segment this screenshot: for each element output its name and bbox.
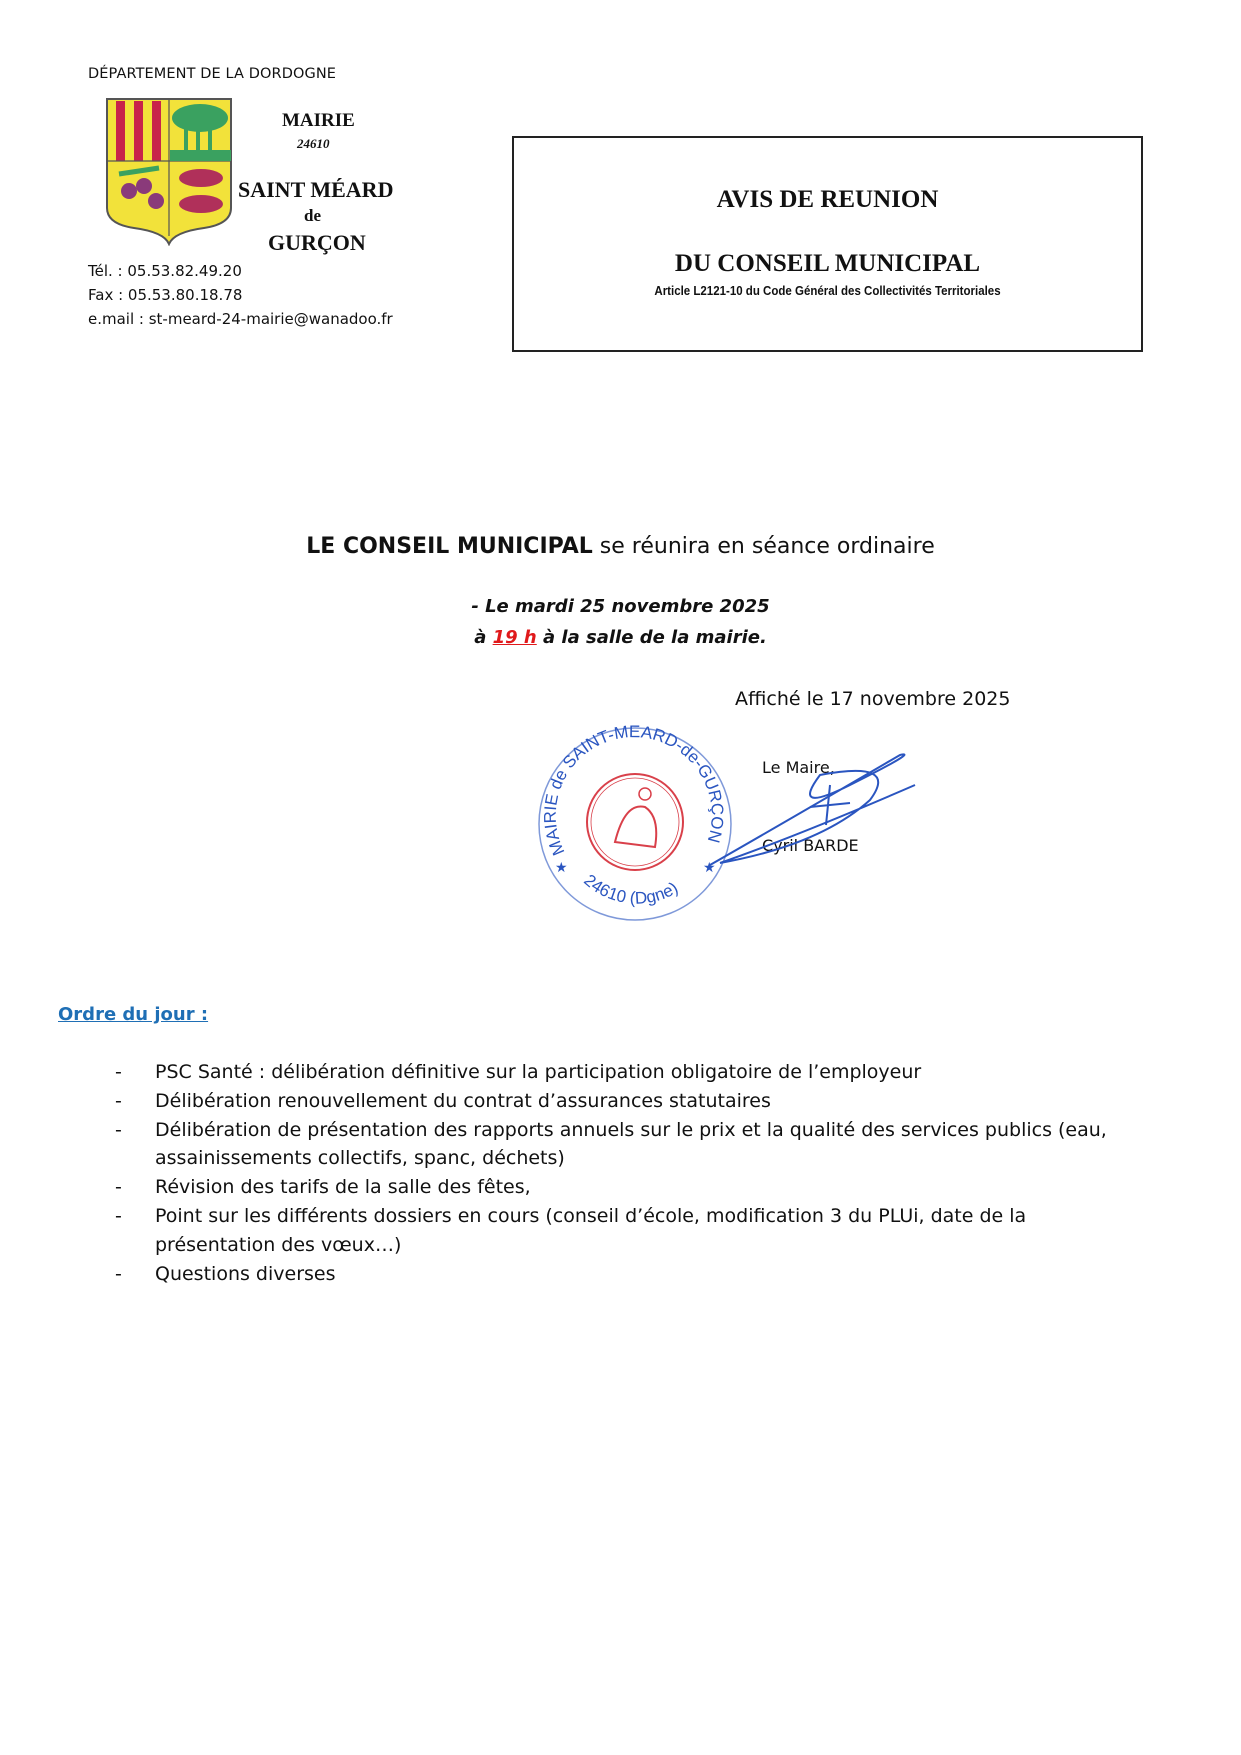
- svg-text:★: ★: [555, 860, 568, 876]
- posted-date: Affiché le 17 novembre 2025: [735, 688, 1010, 710]
- coat-of-arms-icon: [104, 96, 234, 246]
- mairie-label: MAIRIE: [282, 110, 355, 132]
- agenda-item: Révision des tarifs de la salle des fête…: [115, 1173, 1115, 1202]
- agenda-item: Point sur les différents dossiers en cou…: [115, 1202, 1115, 1260]
- svg-text:24610 (Dgne): 24610 (Dgne): [580, 871, 681, 908]
- department-label: DÉPARTEMENT DE LA DORDOGNE: [88, 66, 336, 82]
- time-prefix: à: [474, 627, 492, 648]
- phone-number: Tél. : 05.53.82.49.20: [88, 262, 242, 280]
- fax-number: Fax : 05.53.80.18.78: [88, 286, 242, 304]
- email-address: e.mail : st-meard-24-mairie@wanadoo.fr: [88, 310, 393, 328]
- council-label: LE CONSEIL MUNICIPAL: [306, 534, 593, 559]
- notice-title-line1: AVIS DE REUNION: [514, 186, 1141, 214]
- intro-text: se réunira en séance ordinaire: [593, 534, 935, 559]
- meeting-hour: 19 h: [493, 627, 537, 648]
- notice-title-box: AVIS DE REUNION DU CONSEIL MUNICIPAL Art…: [512, 136, 1143, 352]
- town-name-line1: SAINT MÉARD: [238, 177, 393, 203]
- stamp-bottom-text: 24610 (Dgne): [580, 871, 681, 908]
- agenda-list: PSC Santé : délibération définitive sur …: [115, 1058, 1115, 1288]
- agenda-item: Délibération renouvellement du contrat d…: [115, 1087, 1115, 1116]
- handwritten-signature-icon: [700, 745, 930, 875]
- meeting-intro: LE CONSEIL MUNICIPAL se réunira en séanc…: [0, 534, 1241, 559]
- agenda-heading: Ordre du jour :: [58, 1004, 208, 1025]
- town-name-line2: de: [304, 206, 321, 226]
- meeting-time-place: à 19 h à la salle de la mairie.: [0, 627, 1241, 648]
- meeting-date: - Le mardi 25 novembre 2025: [0, 596, 1241, 617]
- town-name-line3: GURÇON: [268, 230, 366, 256]
- meeting-place: à la salle de la mairie.: [537, 627, 767, 648]
- agenda-item: Questions diverses: [115, 1260, 1115, 1289]
- notice-title-line2: DU CONSEIL MUNICIPAL: [514, 250, 1141, 278]
- agenda-item: PSC Santé : délibération définitive sur …: [115, 1058, 1115, 1087]
- postal-code: 24610: [297, 136, 330, 152]
- agenda-item: Délibération de présentation des rapport…: [115, 1116, 1115, 1174]
- legal-reference: Article L2121-10 du Code Général des Col…: [539, 284, 1116, 298]
